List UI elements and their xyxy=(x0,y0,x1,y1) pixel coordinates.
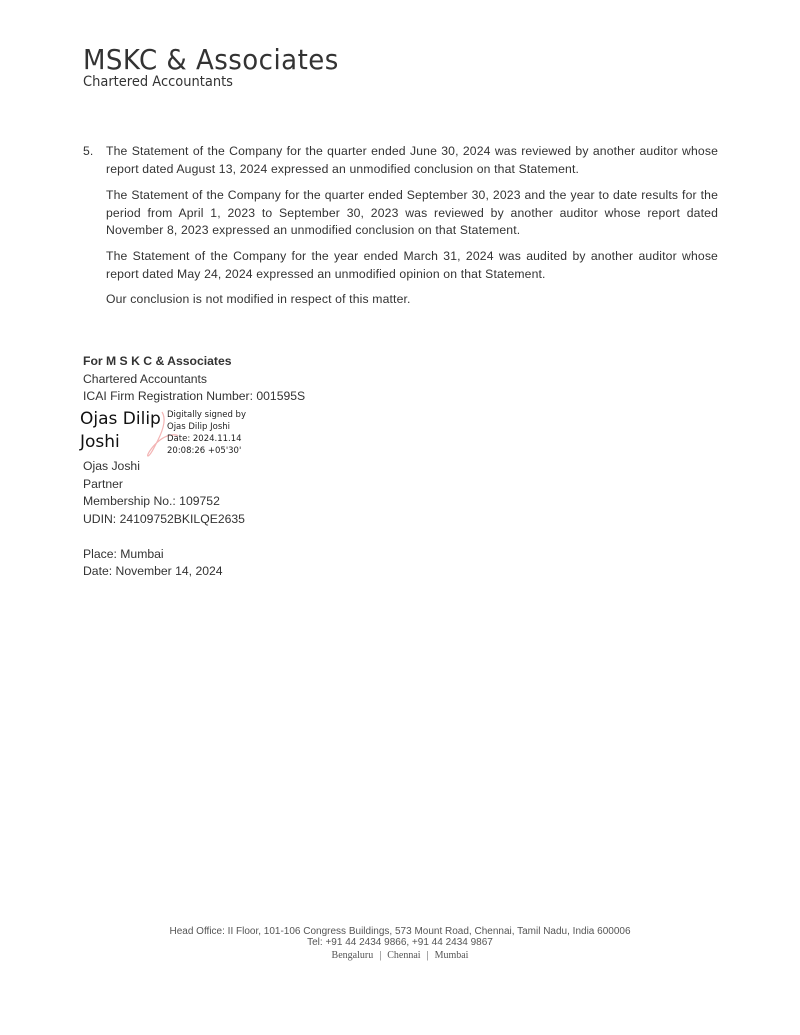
signature-detail-line: 20:08:26 +05'30' xyxy=(167,445,246,457)
signature-detail-line: Digitally signed by xyxy=(167,409,246,421)
firm-logo: MSKC & Associates Chartered Accountants xyxy=(83,44,358,90)
signatory-role: Partner xyxy=(83,476,245,494)
paragraph-conclusion: Our conclusion is not modified in respec… xyxy=(106,291,718,309)
phone-numbers: Tel: +91 44 2434 9866, +91 44 2434 9867 xyxy=(0,937,800,948)
firm-name: MSKC & Associates xyxy=(83,44,339,76)
signature-detail-line: Ojas Dilip Joshi xyxy=(167,421,246,433)
city-separator: | xyxy=(379,950,381,961)
membership-number: Membership No.: 109752 xyxy=(83,493,245,511)
signature-name-line1: Ojas Dilip xyxy=(80,408,161,431)
city-chennai: Chennai xyxy=(387,950,420,961)
signature-name-line2: Joshi xyxy=(80,431,161,454)
firm-designation: Chartered Accountants xyxy=(83,371,305,389)
paragraph-q1-review: The Statement of the Company for the qua… xyxy=(106,143,718,178)
signature-name: Ojas Dilip Joshi xyxy=(80,408,161,454)
signature-detail-line: Date: 2024.11.14 xyxy=(167,433,246,445)
firm-registration: ICAI Firm Registration Number: 001595S xyxy=(83,388,305,406)
paragraph-annual-audit: The Statement of the Company for the yea… xyxy=(106,248,718,283)
signatory-name: Ojas Joshi xyxy=(83,458,245,476)
item-number: 5. xyxy=(83,143,93,161)
head-office-address: Head Office: II Floor, 101-106 Congress … xyxy=(0,926,800,937)
for-firm-label: For M S K C & Associates xyxy=(83,353,305,371)
city-mumbai: Mumbai xyxy=(435,950,469,961)
digital-signature: Ojas Dilip Joshi Digitally signed by Oja… xyxy=(80,408,260,460)
city-bengaluru: Bengaluru xyxy=(332,950,374,961)
office-cities: Bengaluru|Chennai|Mumbai xyxy=(0,949,800,962)
paragraph-q2-review: The Statement of the Company for the qua… xyxy=(106,187,718,240)
place: Place: Mumbai xyxy=(83,546,245,564)
udin: UDIN: 24109752BKILQE2635 xyxy=(83,511,245,529)
signature-details: Digitally signed by Ojas Dilip Joshi Dat… xyxy=(167,409,246,457)
signature-block-header: For M S K C & Associates Chartered Accou… xyxy=(83,353,305,406)
signatory-details: Ojas Joshi Partner Membership No.: 10975… xyxy=(83,458,245,581)
date: Date: November 14, 2024 xyxy=(83,563,245,581)
city-separator: | xyxy=(427,950,429,961)
firm-tagline: Chartered Accountants xyxy=(83,74,339,90)
page-footer: Head Office: II Floor, 101-106 Congress … xyxy=(0,926,800,962)
